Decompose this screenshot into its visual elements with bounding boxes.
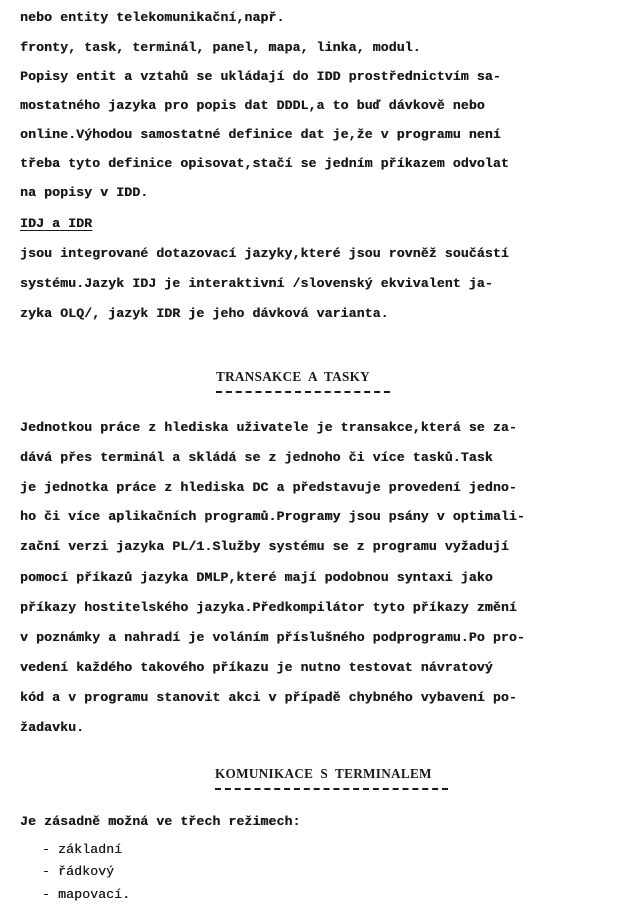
text-line: fronty, task, terminál, panel, mapa, lin… — [20, 40, 421, 56]
text-line: Jednotkou práce z hlediska uživatele je … — [20, 420, 517, 436]
section-heading-transakce: TRANSAKCE A TASKY — [216, 369, 370, 385]
text-line: třeba tyto definice opisovat,stačí se je… — [20, 156, 509, 172]
text-line: vedení každého takového příkazu je nutno… — [20, 660, 493, 676]
section-heading-komunikace: KOMUNIKACE S TERMINALEM — [215, 766, 432, 782]
text-line: kód a v programu stanovit akci v případě… — [20, 690, 517, 706]
subheading-idj-idr: IDJ a IDR — [20, 216, 92, 232]
text-line: zační verzi jazyka PL/1.Služby systému s… — [20, 539, 509, 555]
heading-underline — [215, 788, 448, 790]
heading-underline — [216, 391, 390, 393]
text-line: je jednotka práce z hlediska DC a předst… — [20, 480, 517, 496]
text-line: systému.Jazyk IDJ je interaktivní /slove… — [20, 276, 493, 292]
text-line: příkazy hostitelského jazyka.Předkompilá… — [20, 600, 517, 616]
text-line: pomocí příkazů jazyka DMLP,které mají po… — [20, 570, 493, 586]
list-item: - řádkový — [42, 864, 114, 880]
text-line: na popisy v IDD. — [20, 185, 148, 201]
text-line: mostatného jazyka pro popis dat DDDL,a t… — [20, 98, 485, 114]
text-line: online.Výhodou samostatné definice dat j… — [20, 127, 501, 143]
text-line: v poznámky a nahradí je voláním příslušn… — [20, 630, 525, 646]
text-line: nebo entity telekomunikační,např. — [20, 10, 284, 26]
document-page: nebo entity telekomunikační,např. fronty… — [0, 0, 618, 908]
text-line: Je zásadně možná ve třech režimech: — [20, 814, 300, 830]
text-line: ho či více aplikačních programů.Programy… — [20, 509, 525, 525]
list-item: - mapovací. — [42, 887, 130, 903]
text-line: Popisy entit a vztahů se ukládají do IDD… — [20, 69, 501, 85]
text-line: dává přes terminál a skládá se z jednoho… — [20, 450, 493, 466]
list-item: - základní — [42, 842, 122, 858]
text-line: zyka OLQ/, jazyk IDR je jeho dávková var… — [20, 306, 389, 322]
text-line: jsou integrované dotazovací jazyky,které… — [20, 246, 509, 262]
text-line: žadavku. — [20, 720, 84, 736]
